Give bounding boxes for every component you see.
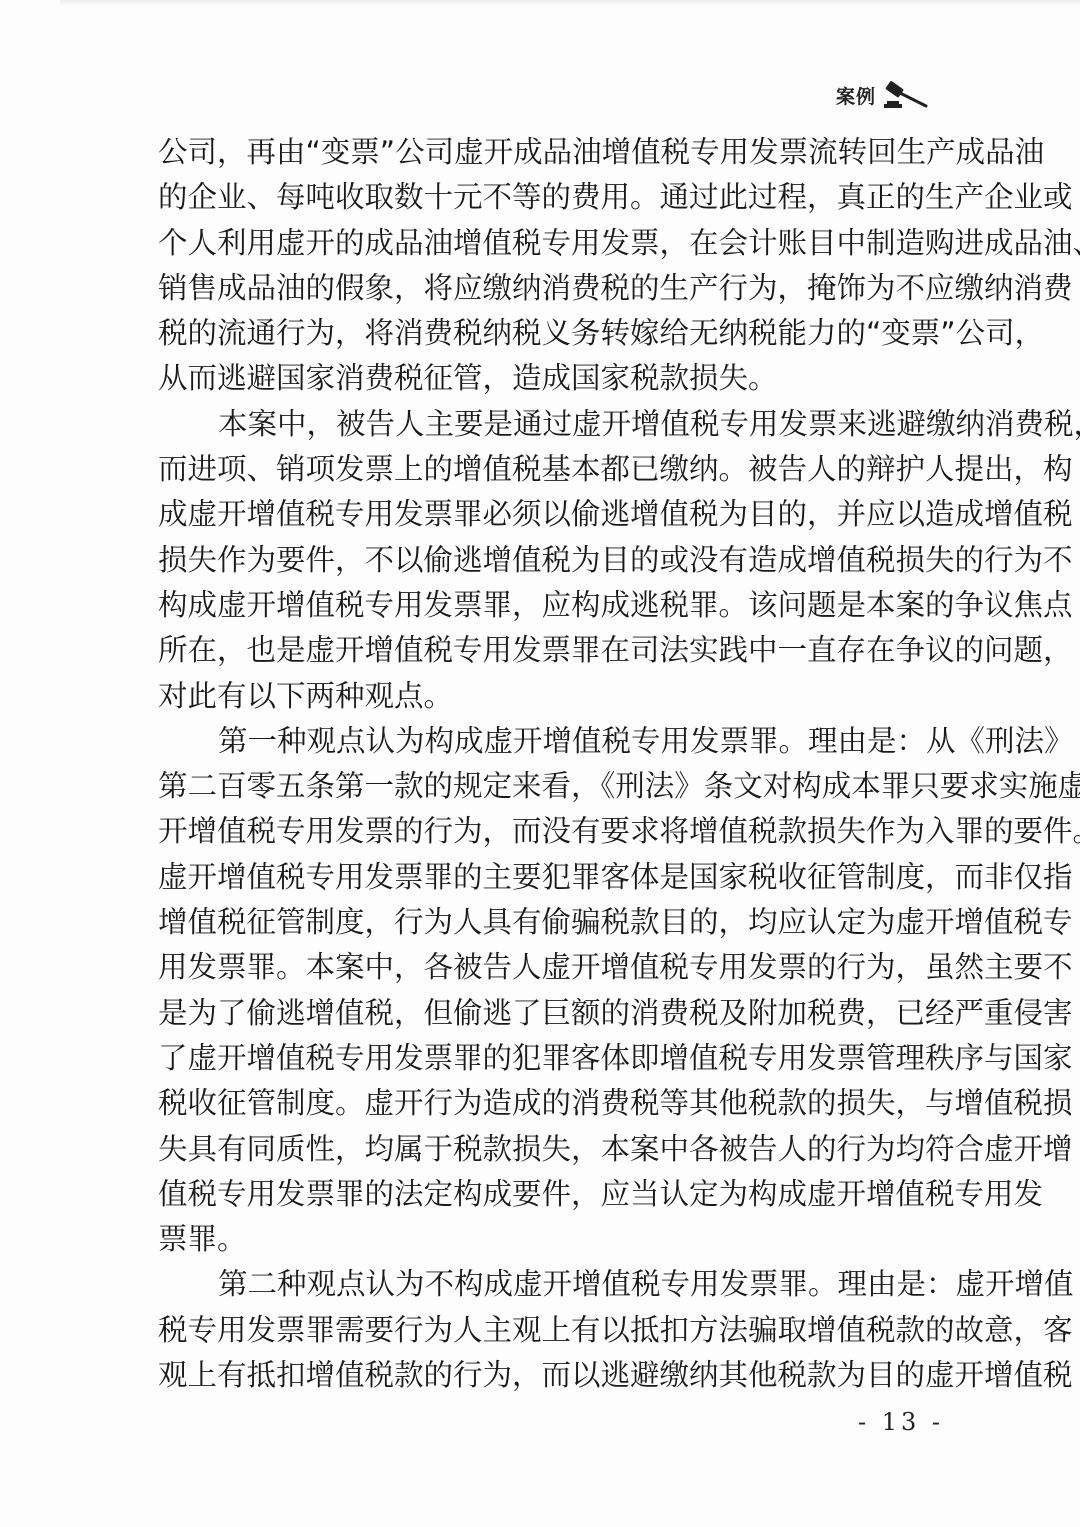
text-line: 第二种观点认为不构成虚开增值税专用发票罪。理由是：虚开增值 [158,1262,930,1307]
text-line: 从而逃避国家消费税征管，造成国家税款损失。 [158,356,930,401]
paragraph: 本案中，被告人主要是通过虚开增值税专用发票来逃避缴纳消费税，而进项、销项发票上的… [158,402,930,719]
text-line: 观上有抵扣增值税款的行为，而以逃避缴纳其他税款为目的虚开增值税 [158,1353,930,1398]
paragraph: 公司，再由“变票”公司虚开成品油增值税专用发票流转回生产成品油的企业、每吨收取数… [158,130,930,402]
text-line: 是为了偷逃增值税，但偷逃了巨额的消费税及附加税费，已经严重侵害 [158,991,930,1036]
text-line: 个人利用虚开的成品油增值税专用发票，在会计账目中制造购进成品油、 [158,221,930,266]
text-line: 增值税征管制度，行为人具有偷骗税款目的，均应认定为虚开增值税专 [158,900,930,945]
body-text: 公司，再由“变票”公司虚开成品油增值税专用发票流转回生产成品油的企业、每吨收取数… [158,130,930,1398]
page-edge [60,0,1080,6]
text-line: 的企业、每吨收取数十元不等的费用。通过此过程，真正的生产企业或 [158,175,930,220]
paragraph: 第一种观点认为构成虚开增值税专用发票罪。理由是：从《刑法》第二百零五条第一款的规… [158,719,930,1263]
text-line: 第二百零五条第一款的规定来看，《刑法》条文对构成本罪只要求实施虚 [158,764,930,809]
text-line: 税专用发票罪需要行为人主观上有以抵扣方法骗取增值税款的故意，客 [158,1308,930,1353]
text-line: 税的流通行为，将消费税纳税义务转嫁给无纳税能力的“变票”公司， [158,311,930,356]
text-line: 对此有以下两种观点。 [158,674,930,719]
text-line: 票罪。 [158,1217,930,1262]
text-line: 虚开增值税专用发票罪的主要犯罪客体是国家税收征管制度，而非仅指 [158,855,930,900]
text-line: 第一种观点认为构成虚开增值税专用发票罪。理由是：从《刑法》 [158,719,930,764]
text-line: 构成虚开增值税专用发票罪，应构成逃税罪。该问题是本案的争议焦点 [158,583,930,628]
text-line: 公司，再由“变票”公司虚开成品油增值税专用发票流转回生产成品油 [158,130,930,175]
text-line: 了虚开增值税专用发票罪的犯罪客体即增值税专用发票管理秩序与国家 [158,1036,930,1081]
running-header: 案例 [836,80,928,110]
text-line: 税收征管制度。虚开行为造成的消费税等其他税款的损失，与增值税损 [158,1081,930,1126]
text-line: 所在，也是虚开增值税专用发票罪在司法实践中一直存在争议的问题， [158,628,930,673]
text-line: 值税专用发票罪的法定构成要件，应当认定为构成虚开增值税专用发 [158,1172,930,1217]
page-number: - 13 - [858,1408,944,1436]
text-line: 开增值税专用发票的行为，而没有要求将增值税款损失作为入罪的要件。 [158,809,930,854]
gavel-icon [882,80,928,110]
text-line: 而进项、销项发票上的增值税基本都已缴纳。被告人的辩护人提出，构 [158,447,930,492]
text-line: 损失作为要件，不以偷逃增值税为目的或没有造成增值税损失的行为不 [158,538,930,583]
text-line: 失具有同质性，均属于税款损失，本案中各被告人的行为均符合虚开增 [158,1127,930,1172]
paragraph: 第二种观点认为不构成虚开增值税专用发票罪。理由是：虚开增值税专用发票罪需要行为人… [158,1262,930,1398]
text-line: 用发票罪。本案中，各被告人虚开增值税专用发票的行为，虽然主要不 [158,945,930,990]
text-line: 本案中，被告人主要是通过虚开增值税专用发票来逃避缴纳消费税， [158,402,930,447]
text-line: 成虚开增值税专用发票罪必须以偷逃增值税为目的，并应以造成增值税 [158,492,930,537]
text-line: 销售成品油的假象，将应缴纳消费税的生产行为，掩饰为不应缴纳消费 [158,266,930,311]
section-label: 案例 [836,82,876,109]
